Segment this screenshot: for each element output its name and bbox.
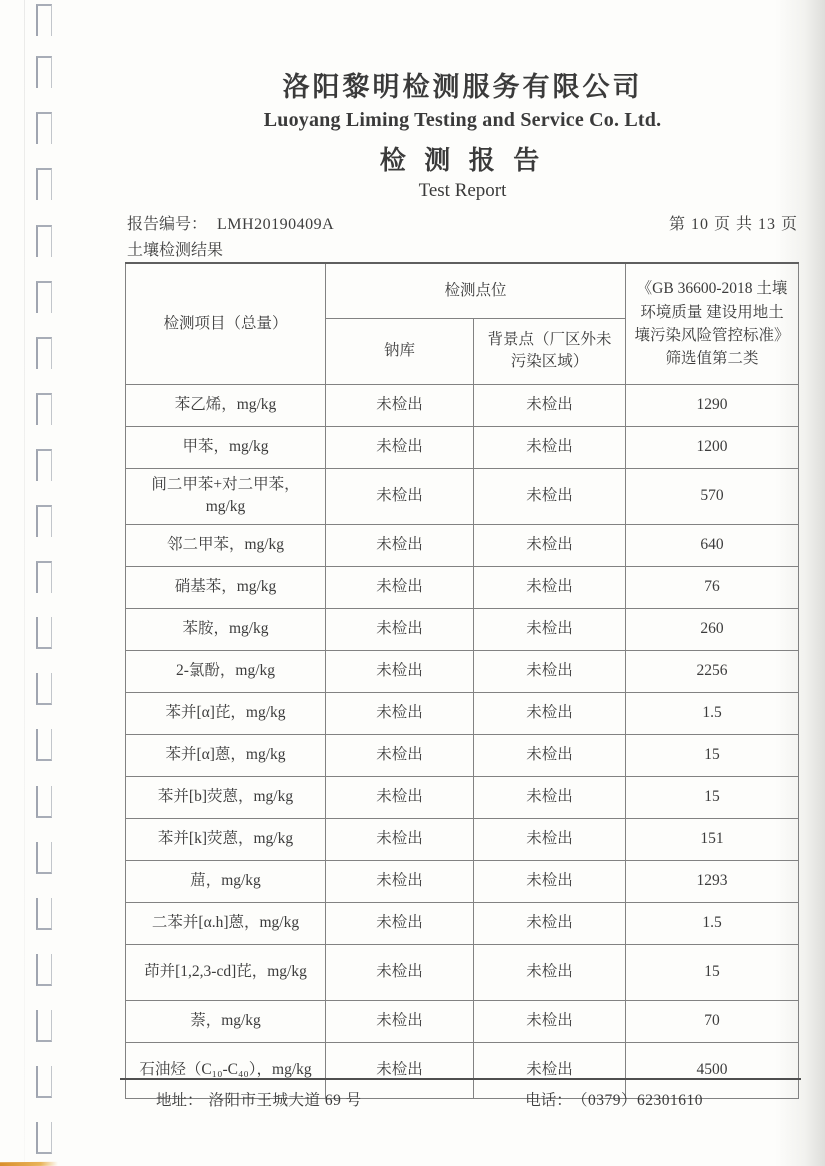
result-cell: 未检出 [474,692,626,734]
binding-hole [36,281,52,313]
result-cell: 未检出 [474,608,626,650]
result-cell: 未检出 [326,468,474,524]
limit-cell: 570 [626,468,799,524]
binding-hole [36,1122,52,1154]
table-row: 苯乙烯，mg/kg 未检出 未检出 1290 [126,384,799,426]
report-meta-row: 报告编号：LMH20190409A 第 10 页 共 13 页 [125,211,800,234]
item-cell: 苯并[α]芘，mg/kg [126,692,326,734]
result-cell: 未检出 [474,734,626,776]
footer-address: 地址：洛阳市王城大道 69 号 [156,1088,362,1110]
table-row: 䓛，mg/kg 未检出 未检出 1293 [126,860,799,902]
result-cell: 未检出 [474,650,626,692]
result-cell: 未检出 [326,776,474,818]
section-title: 土壤检测结果 [125,237,800,260]
limit-cell: 76 [626,566,799,608]
table-row: 苯并[k]荧蒽，mg/kg 未检出 未检出 151 [126,818,799,860]
item-cell: 䓛，mg/kg [126,860,326,902]
binding-hole [36,898,52,930]
page-footer: 地址：洛阳市王城大道 69 号 电话：（0379）62301610 [120,1078,801,1110]
limit-cell: 1.5 [626,902,799,944]
result-cell: 未检出 [474,818,626,860]
report-number-label: 报告编号： [127,216,207,233]
binding-hole [36,954,52,986]
table-header-row-1: 检测项目（总量） 检测点位 《GB 36600-2018 土壤环境质量 建设用地… [126,263,799,318]
binding-hole [36,1066,52,1098]
result-cell: 未检出 [326,426,474,468]
result-cell: 未检出 [326,944,474,1000]
binding-hole [36,56,52,88]
limit-cell: 15 [626,776,799,818]
result-cell: 未检出 [474,566,626,608]
scanned-report-page: 洛阳黎明检测服务有限公司 Luoyang Liming Testing and … [0,0,825,1166]
phone-value: （0379）62301610 [580,1092,703,1109]
address-value: 洛阳市王城大道 69 号 [209,1092,362,1109]
header-item-column: 检测项目（总量） [126,263,326,384]
limit-cell: 2256 [626,650,799,692]
result-cell: 未检出 [326,608,474,650]
limit-cell: 1290 [626,384,799,426]
limit-cell: 1293 [626,860,799,902]
binding-hole [36,337,52,369]
page-indicator: 第 10 页 共 13 页 [669,211,798,234]
item-cell: 苯乙烯，mg/kg [126,384,326,426]
result-cell: 未检出 [474,944,626,1000]
limit-cell: 640 [626,524,799,566]
item-cell: 2-氯酚，mg/kg [126,650,326,692]
result-cell: 未检出 [474,902,626,944]
binding-hole [36,786,52,818]
item-cell: 苯并[b]荧蒽，mg/kg [126,776,326,818]
table-row: 二苯并[α.h]蒽，mg/kg 未检出 未检出 1.5 [126,902,799,944]
binding-hole [36,842,52,874]
binding-hole [36,1010,52,1042]
binding-hole [36,168,52,200]
binding-hole [36,4,52,36]
results-table: 检测项目（总量） 检测点位 《GB 36600-2018 土壤环境质量 建设用地… [125,262,799,1099]
table-row: 苯并[α]芘，mg/kg 未检出 未检出 1.5 [126,692,799,734]
table-row: 邻二甲苯，mg/kg 未检出 未检出 640 [126,524,799,566]
binding-hole [36,561,52,593]
table-row: 甲苯，mg/kg 未检出 未检出 1200 [126,426,799,468]
table-row: 苯胺，mg/kg 未检出 未检出 260 [126,608,799,650]
header-points-group: 检测点位 [326,263,626,318]
limit-cell: 70 [626,1000,799,1042]
report-number: 报告编号：LMH20190409A [127,211,334,234]
result-cell: 未检出 [326,566,474,608]
binding-hole [36,673,52,705]
limit-cell: 260 [626,608,799,650]
result-cell: 未检出 [326,384,474,426]
binding-hole [36,505,52,537]
report-content: 洛阳黎明检测服务有限公司 Luoyang Liming Testing and … [125,72,800,1099]
result-cell: 未检出 [326,902,474,944]
limit-cell: 151 [626,818,799,860]
item-cell: 萘，mg/kg [126,1000,326,1042]
result-cell: 未检出 [474,860,626,902]
binding-hole [36,112,52,144]
result-cell: 未检出 [326,818,474,860]
report-title-en: Test Report [125,180,800,202]
limit-cell: 1.5 [626,692,799,734]
item-cell: 苯胺，mg/kg [126,608,326,650]
binding-hole [36,393,52,425]
result-cell: 未检出 [474,468,626,524]
result-cell: 未检出 [474,384,626,426]
item-cell: 茚并[1,2,3-cd]芘，mg/kg [126,944,326,1000]
table-row: 苯并[b]荧蒽，mg/kg 未检出 未检出 15 [126,776,799,818]
item-cell: 硝基苯，mg/kg [126,566,326,608]
address-label: 地址： [156,1092,203,1109]
item-cell: 甲苯，mg/kg [126,426,326,468]
company-name-cn: 洛阳黎明检测服务有限公司 [125,72,800,103]
header-point-1: 钠库 [326,318,474,384]
item-cell: 间二甲苯+对二甲苯，mg/kg [126,468,326,524]
limit-cell: 15 [626,944,799,1000]
report-number-value: LMH20190409A [217,216,334,233]
table-row: 苯并[α]蒽，mg/kg 未检出 未检出 15 [126,734,799,776]
result-cell: 未检出 [474,776,626,818]
result-cell: 未检出 [326,734,474,776]
result-cell: 未检出 [326,692,474,734]
footer-phone: 电话：（0379）62301610 [525,1088,703,1110]
limit-cell: 1200 [626,426,799,468]
table-row: 茚并[1,2,3-cd]芘，mg/kg 未检出 未检出 15 [126,944,799,1000]
report-title-cn: 检 测 报 告 [125,140,800,177]
result-cell: 未检出 [326,650,474,692]
limit-cell: 15 [626,734,799,776]
result-cell: 未检出 [326,1000,474,1042]
table-row: 间二甲苯+对二甲苯，mg/kg 未检出 未检出 570 [126,468,799,524]
table-row: 萘，mg/kg 未检出 未检出 70 [126,1000,799,1042]
binding-hole [36,225,52,257]
result-cell: 未检出 [474,524,626,566]
item-cell: 邻二甲苯，mg/kg [126,524,326,566]
binding-hole [36,617,52,649]
table-row: 2-氯酚，mg/kg 未检出 未检出 2256 [126,650,799,692]
binding-hole [36,449,52,481]
item-cell: 苯并[k]荧蒽，mg/kg [126,818,326,860]
result-cell: 未检出 [326,860,474,902]
phone-label: 电话： [525,1092,572,1109]
item-cell: 二苯并[α.h]蒽，mg/kg [126,902,326,944]
company-name-en: Luoyang Liming Testing and Service Co. L… [125,109,800,132]
result-cell: 未检出 [474,1000,626,1042]
binding-hole [36,729,52,761]
table-row: 硝基苯，mg/kg 未检出 未检出 76 [126,566,799,608]
scan-corner-artifact [0,1162,58,1166]
header-point-2: 背景点（厂区外未污染区域） [474,318,626,384]
header-standard-column: 《GB 36600-2018 土壤环境质量 建设用地土壤污染风险管控标准》筛选值… [626,263,799,384]
result-cell: 未检出 [326,524,474,566]
item-cell: 苯并[α]蒽，mg/kg [126,734,326,776]
result-cell: 未检出 [474,426,626,468]
